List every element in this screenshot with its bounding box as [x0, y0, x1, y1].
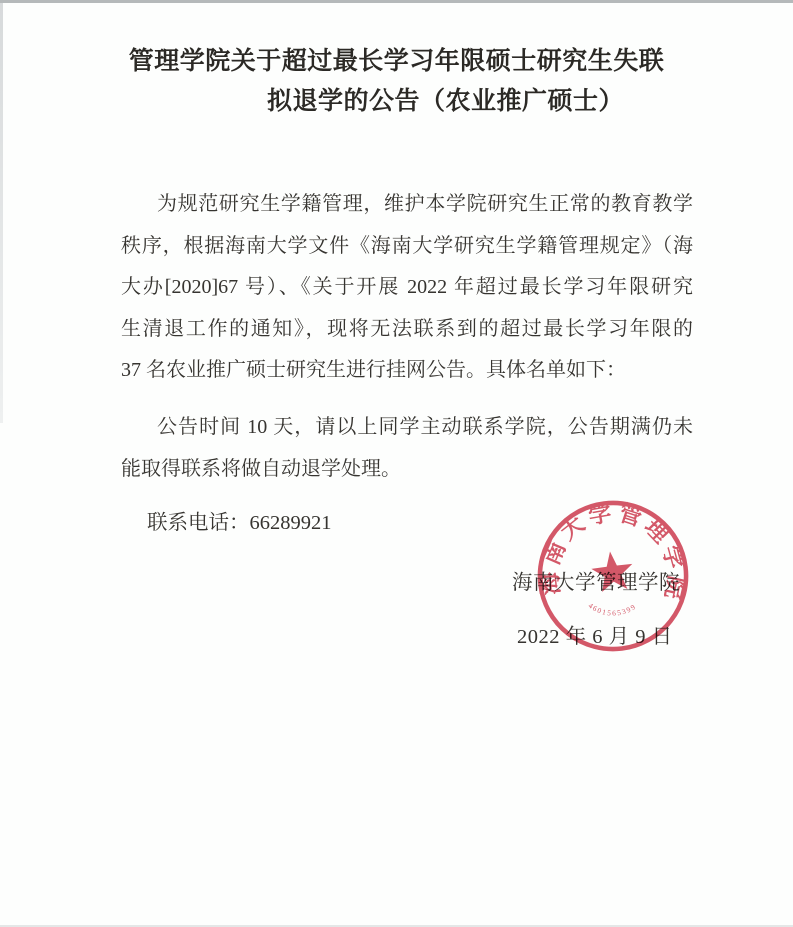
- paragraph-line: 37 名农业推广硕士研究生进行挂网公告。具体名单如下：: [121, 350, 693, 392]
- paragraph-line: 生清退工作的通知》，现将无法联系到的超过最长学习年限的: [121, 309, 693, 351]
- contact-phone-line: 联系电话：66289921: [147, 503, 332, 544]
- paragraph-line: 大办[2020]67 号）、《关于开展 2022 年超过最长学习年限研究: [121, 267, 693, 309]
- notice-title-line2: 拟退学的公告（农业推广硕士）: [0, 82, 793, 122]
- scanned-notice-page: 管理学院关于超过最长学习年限硕士研究生失联 拟退学的公告（农业推广硕士） 为规范…: [0, 0, 793, 927]
- paragraph-line: 秩序，根据海南大学文件《海南大学研究生学籍管理规定》（海: [121, 226, 693, 268]
- signature-organization: 海南大学管理学院: [512, 570, 680, 597]
- scan-artifact-top-edge: [0, 0, 793, 3]
- paragraph-line: 能取得联系将做自动退学处理。: [121, 449, 693, 491]
- notice-title: 管理学院关于超过最长学习年限硕士研究生失联 拟退学的公告（农业推广硕士）: [0, 42, 793, 122]
- notice-paragraph-1: 为规范研究生学籍管理，维护本学院研究生正常的教育教学 秩序，根据海南大学文件《海…: [121, 184, 693, 392]
- paragraph-line: 为规范研究生学籍管理，维护本学院研究生正常的教育教学: [121, 184, 693, 226]
- notice-paragraph-2: 公告时间 10 天，请以上同学主动联系学院，公告期满仍未 能取得联系将做自动退学…: [121, 407, 693, 490]
- seal-code-number: 4601565399: [586, 595, 639, 621]
- seal-arc-text: 海南大学管理学院: [527, 490, 694, 623]
- notice-title-line1: 管理学院关于超过最长学习年限硕士研究生失联: [0, 42, 793, 82]
- paragraph-line: 公告时间 10 天，请以上同学主动联系学院，公告期满仍未: [121, 407, 693, 449]
- signature-date: 2022 年 6 月 9 日: [517, 624, 673, 651]
